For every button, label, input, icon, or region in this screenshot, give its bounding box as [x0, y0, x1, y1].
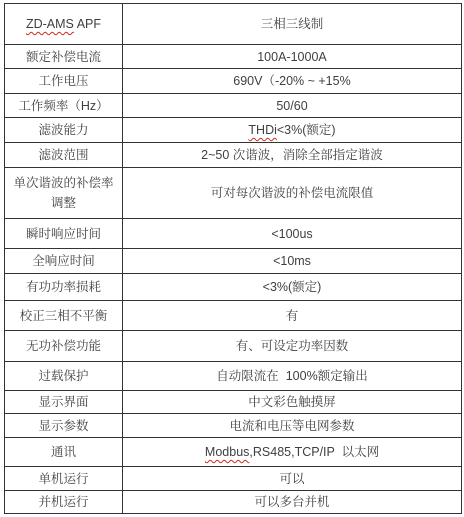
table-row: 额定补偿电流 100A-1000A — [5, 45, 462, 69]
spec-label: 单机运行 — [5, 467, 123, 491]
spec-value: 有、可设定功率因数 — [123, 331, 462, 362]
table-row: 过载保护 自动限流在 100%额定输出 — [5, 362, 462, 391]
spec-value: <100us — [123, 219, 462, 249]
spec-label: 工作频率（Hz） — [5, 94, 123, 118]
spec-label: 单次谐波的补偿率调整 — [5, 168, 123, 219]
table-row: 单次谐波的补偿率调整 可对每次谐波的补偿电流限值 — [5, 168, 462, 219]
spec-label: 瞬时响应时间 — [5, 219, 123, 249]
misspelled-text: Modbus — [205, 445, 249, 459]
spec-value: 可对每次谐波的补偿电流限值 — [123, 168, 462, 219]
table-row: 滤波能力 THDi<3%(额定) — [5, 118, 462, 143]
spec-value: 三相三线制 — [123, 4, 462, 45]
table-row: 滤波范围 2~50 次谐波，消除全部指定谐波 — [5, 143, 462, 168]
table-row: 单机运行 可以 — [5, 467, 462, 491]
spec-value: 中文彩色触摸屏 — [123, 391, 462, 414]
spec-label: 额定补偿电流 — [5, 45, 123, 69]
spec-value: 2~50 次谐波，消除全部指定谐波 — [123, 143, 462, 168]
spec-label: 显示界面 — [5, 391, 123, 414]
table-row: 并机运行 可以多台并机 — [5, 491, 462, 514]
spec-label: 校正三相不平衡 — [5, 301, 123, 331]
spec-label: 工作电压 — [5, 69, 123, 94]
document-page: ZD-AMS APF 三相三线制 额定补偿电流 100A-1000A 工作电压 … — [0, 0, 464, 517]
spec-value: 50/60 — [123, 94, 462, 118]
spec-value: THDi<3%(额定) — [123, 118, 462, 143]
table-row: ZD-AMS APF 三相三线制 — [5, 4, 462, 45]
misspelled-text: ZD-AMS — [26, 17, 74, 31]
spec-label: 无功补偿功能 — [5, 331, 123, 362]
spec-value-text: <3%(额定) — [277, 123, 336, 137]
table-row: 通讯 Modbus,RS485,TCP/IP 以太网 — [5, 438, 462, 467]
spec-value: 可以多台并机 — [123, 491, 462, 514]
spec-label: 全响应时间 — [5, 249, 123, 274]
spec-value: Modbus,RS485,TCP/IP 以太网 — [123, 438, 462, 467]
spec-label: 通讯 — [5, 438, 123, 467]
table-row: 工作电压 690V（-20% ~ +15% — [5, 69, 462, 94]
spec-value: <10ms — [123, 249, 462, 274]
spec-label: 有功功率损耗 — [5, 274, 123, 301]
spec-label: 滤波能力 — [5, 118, 123, 143]
spec-label: 显示参数 — [5, 414, 123, 438]
spec-label-text: APF — [74, 17, 101, 31]
table-row: 工作频率（Hz） 50/60 — [5, 94, 462, 118]
table-row: 瞬时响应时间 <100us — [5, 219, 462, 249]
spec-value: 100A-1000A — [123, 45, 462, 69]
spec-value: 自动限流在 100%额定输出 — [123, 362, 462, 391]
spec-value: 电流和电压等电网参数 — [123, 414, 462, 438]
table-row: 全响应时间 <10ms — [5, 249, 462, 274]
table-row: 有功功率损耗 <3%(额定) — [5, 274, 462, 301]
spec-label: ZD-AMS APF — [5, 4, 123, 45]
spec-value: 690V（-20% ~ +15% — [123, 69, 462, 94]
table-row: 显示参数 电流和电压等电网参数 — [5, 414, 462, 438]
table-row: 无功补偿功能 有、可设定功率因数 — [5, 331, 462, 362]
table-row: 显示界面 中文彩色触摸屏 — [5, 391, 462, 414]
spec-table: ZD-AMS APF 三相三线制 额定补偿电流 100A-1000A 工作电压 … — [4, 3, 462, 514]
table-row: 校正三相不平衡 有 — [5, 301, 462, 331]
spec-value: 可以 — [123, 467, 462, 491]
spec-value-text: ,RS485,TCP/IP 以太网 — [249, 445, 379, 459]
spec-label: 滤波范围 — [5, 143, 123, 168]
spec-value: <3%(额定) — [123, 274, 462, 301]
spec-value: 有 — [123, 301, 462, 331]
spec-label: 过载保护 — [5, 362, 123, 391]
misspelled-text: THDi — [248, 123, 276, 137]
spec-label: 并机运行 — [5, 491, 123, 514]
